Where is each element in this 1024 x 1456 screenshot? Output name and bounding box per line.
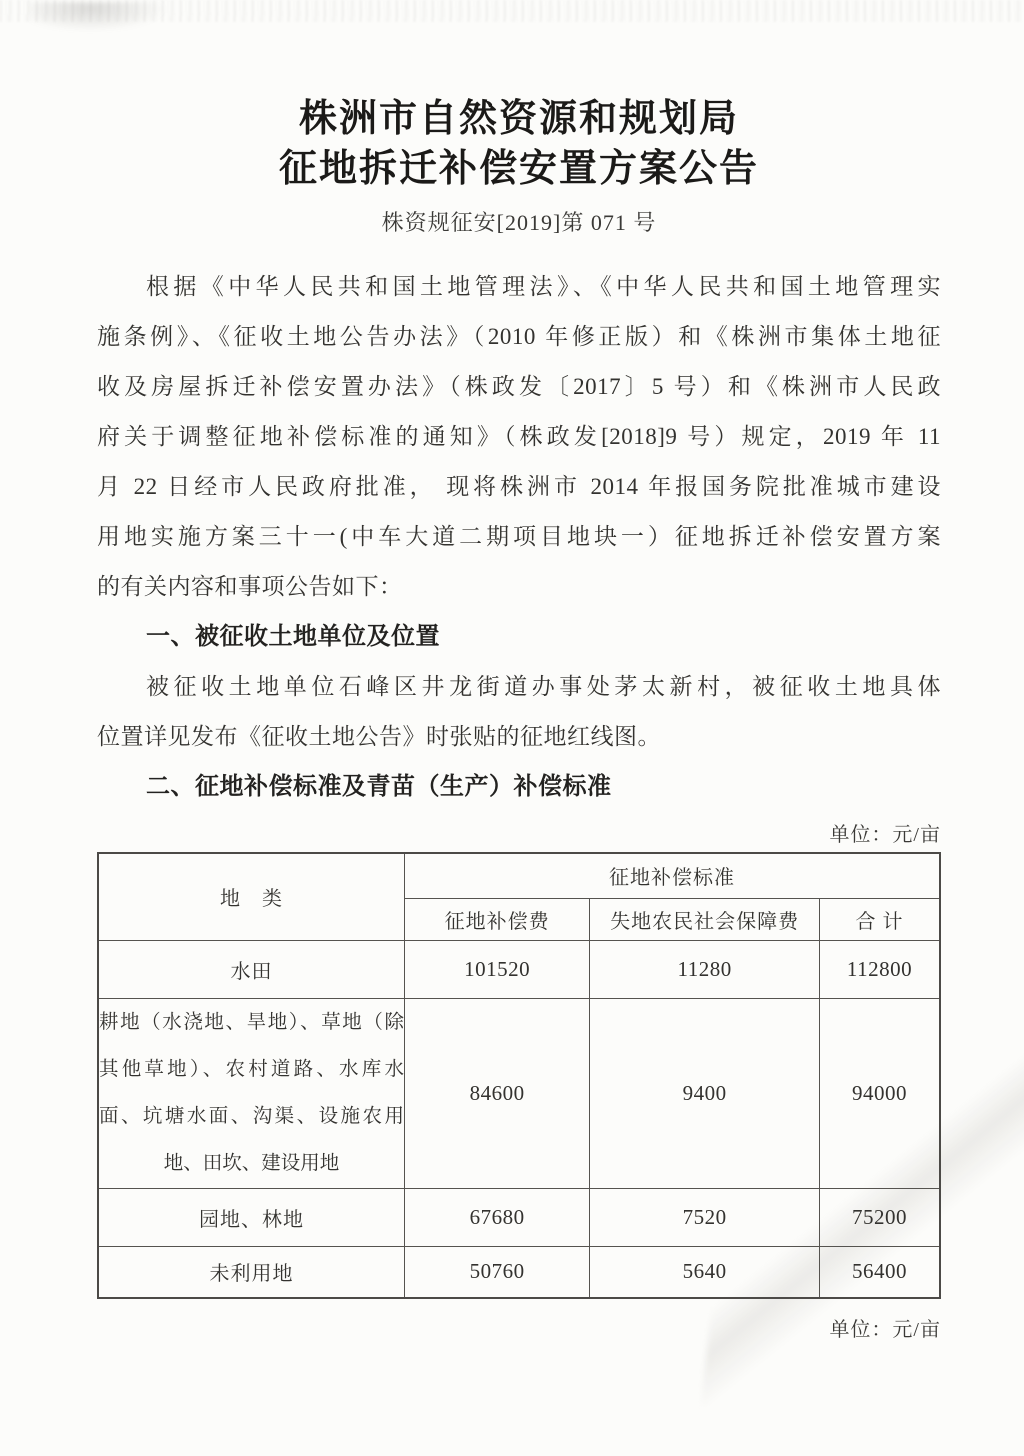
cell-social-security: 5640 xyxy=(590,1246,820,1298)
table-row-cultivated-land: 耕地（水浇地、旱地）、草地（除 其他草地）、农村道路、水库水 面、坑塘水面、沟渠… xyxy=(98,998,940,1188)
cell-land-type: 园地、林地 xyxy=(98,1188,404,1246)
table-header-row-1: 地 类 征地补偿标准 xyxy=(98,853,940,898)
table-header-total: 合 计 xyxy=(820,898,940,940)
unit-label-bottom: 单位：元/亩 xyxy=(97,1313,941,1347)
document-number: 株资规征安[2019]第 071 号 xyxy=(97,206,941,240)
cell-land-type-line: 地、田坎、建设用地 xyxy=(99,1140,404,1187)
paragraph-line: 施条例》、《征收土地公告办法》（2010 年修正版）和《株洲市集体土地征 xyxy=(97,312,941,362)
table-row-paddy-field: 水田 101520 11280 112800 xyxy=(98,940,940,998)
cell-land-type: 水田 xyxy=(98,940,404,998)
paragraph-line: 被征收土地单位石峰区井龙街道办事处茅太新村，被征收土地具体 xyxy=(97,662,941,712)
table-header-land-type: 地 类 xyxy=(98,853,404,940)
document-title-line2: 征地拆迁补偿安置方案公告 xyxy=(97,144,941,194)
cell-fee: 50760 xyxy=(404,1246,589,1298)
paragraph-line: 用地实施方案三十一(中车大道二期项目地块一）征地拆迁补偿安置方案 xyxy=(97,512,941,562)
document-content: 株洲市自然资源和规划局 征地拆迁补偿安置方案公告 株资规征安[2019]第 07… xyxy=(97,0,941,1347)
cell-total: 75200 xyxy=(820,1188,940,1246)
section-heading-1: 一、被征收土地单位及位置 xyxy=(97,612,941,662)
paragraph-line: 月 22 日经市人民政府批准， 现将株洲市 2014 年报国务院批准城市建设 xyxy=(97,462,941,512)
cell-land-type: 未利用地 xyxy=(98,1246,404,1298)
table-header-compensation-standard: 征地补偿标准 xyxy=(404,853,940,898)
table-row-unused-land: 未利用地 50760 5640 56400 xyxy=(98,1246,940,1298)
cell-land-type-line: 其他草地）、农村道路、水库水 xyxy=(99,1046,404,1093)
paragraph-line: 根据《中华人民共和国土地管理法》、《中华人民共和国土地管理实 xyxy=(97,262,941,312)
cell-total: 56400 xyxy=(820,1246,940,1298)
table-header-social-security: 失地农民社会保障费 xyxy=(590,898,820,940)
cell-fee: 67680 xyxy=(404,1188,589,1246)
document-page: 株洲市自然资源和规划局 征地拆迁补偿安置方案公告 株资规征安[2019]第 07… xyxy=(0,0,1024,1456)
paragraph-legal-basis: 根据《中华人民共和国土地管理法》、《中华人民共和国土地管理实 施条例》、《征收土… xyxy=(97,262,941,612)
paragraph-line: 收及房屋拆迁补偿安置办法》（株政发〔2017〕5 号）和《株洲市人民政 xyxy=(97,362,941,412)
section-heading-2: 二、征地补偿标准及青苗（生产）补偿标准 xyxy=(97,762,941,812)
cell-social-security: 9400 xyxy=(590,998,820,1188)
cell-land-type-line: 耕地（水浇地、旱地）、草地（除 xyxy=(99,999,404,1046)
cell-fee: 101520 xyxy=(404,940,589,998)
title-block: 株洲市自然资源和规划局 征地拆迁补偿安置方案公告 xyxy=(97,94,941,194)
cell-fee: 84600 xyxy=(404,998,589,1188)
cell-land-type-line: 面、坑塘水面、沟渠、设施农用 xyxy=(99,1093,404,1140)
cell-total: 94000 xyxy=(820,998,940,1188)
paragraph-line: 府关于调整征地补偿标准的通知》（株政发[2018]9 号）规定，2019 年 1… xyxy=(97,412,941,462)
compensation-table: 地 类 征地补偿标准 征地补偿费 失地农民社会保障费 合 计 水田 101520… xyxy=(97,852,941,1299)
paragraph-land-unit: 被征收土地单位石峰区井龙街道办事处茅太新村，被征收土地具体 位置详见发布《征收土… xyxy=(97,662,941,762)
cell-social-security: 11280 xyxy=(590,940,820,998)
document-title-line1: 株洲市自然资源和规划局 xyxy=(97,94,941,144)
paragraph-line: 位置详见发布《征收土地公告》时张贴的征地红线图。 xyxy=(97,712,941,762)
cell-land-type: 耕地（水浇地、旱地）、草地（除 其他草地）、农村道路、水库水 面、坑塘水面、沟渠… xyxy=(98,998,404,1188)
paragraph-line: 的有关内容和事项公告如下： xyxy=(97,562,941,612)
body-text: 根据《中华人民共和国土地管理法》、《中华人民共和国土地管理实 施条例》、《征收土… xyxy=(97,262,941,1347)
table-header-fee: 征地补偿费 xyxy=(404,898,589,940)
table-row-garden-forest: 园地、林地 67680 7520 75200 xyxy=(98,1188,940,1246)
cell-social-security: 7520 xyxy=(590,1188,820,1246)
cell-total: 112800 xyxy=(820,940,940,998)
unit-label-top: 单位：元/亩 xyxy=(97,818,941,852)
